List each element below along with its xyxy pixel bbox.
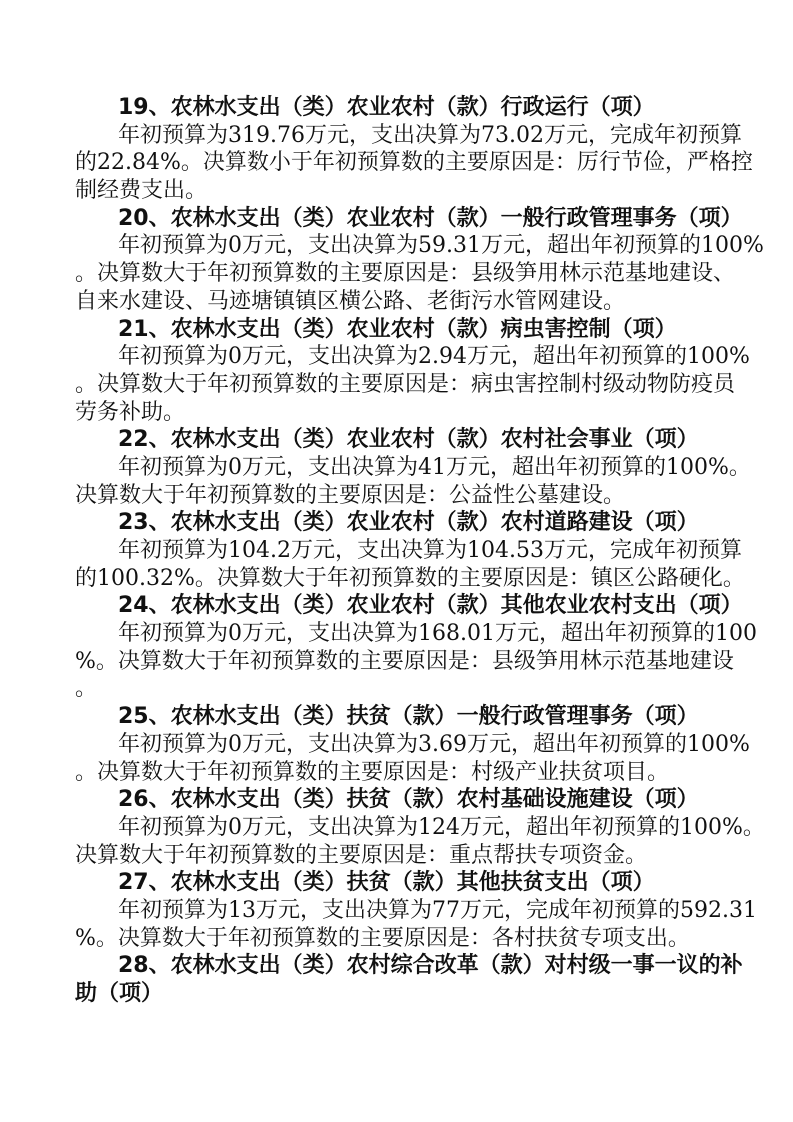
document-page: 19、农林水支出（类）农业农村（款）行政运行（项） 年初预算为319.76万元，…	[75, 94, 719, 1008]
section-heading-21: 21、农林水支出（类）农业农村（款）病虫害控制（项）	[75, 316, 719, 344]
section-body-line: 。决算数大于年初预算数的主要原因是：病虫害控制村级动物防疫员	[75, 371, 719, 399]
section-heading-28-continued: 助（项）	[75, 980, 719, 1008]
section-body-line: 。决算数大于年初预算数的主要原因是：县级笋用林示范基地建设、	[75, 260, 719, 288]
section-body-line: 年初预算为104.2万元，支出决算为104.53万元，完成年初预算	[75, 537, 719, 565]
section-heading-22: 22、农林水支出（类）农业农村（款）农村社会事业（项）	[75, 426, 719, 454]
section-body-line: 的100.32%。决算数大于年初预算数的主要原因是：镇区公路硬化。	[75, 565, 719, 593]
section-heading-23: 23、农林水支出（类）农业农村（款）农村道路建设（项）	[75, 509, 719, 537]
section-heading-19: 19、农林水支出（类）农业农村（款）行政运行（项）	[75, 94, 719, 122]
section-body-line: 。决算数大于年初预算数的主要原因是：村级产业扶贫项目。	[75, 759, 719, 787]
section-body-line: %。决算数大于年初预算数的主要原因是：各村扶贫专项支出。	[75, 925, 719, 953]
section-heading-28: 28、农林水支出（类）农村综合改革（款）对村级一事一议的补	[75, 952, 719, 980]
section-body-line: 劳务补助。	[75, 399, 719, 427]
section-body-line: 年初预算为0万元，支出决算为2.94万元，超出年初预算的100%	[75, 343, 719, 371]
section-body-line: 年初预算为0万元，支出决算为168.01万元，超出年初预算的100	[75, 620, 719, 648]
section-heading-26: 26、农林水支出（类）扶贫（款）农村基础设施建设（项）	[75, 786, 719, 814]
section-body-line: 。	[75, 675, 719, 703]
section-heading-24: 24、农林水支出（类）农业农村（款）其他农业农村支出（项）	[75, 592, 719, 620]
section-body-line: 年初预算为13万元，支出决算为77万元，完成年初预算的592.31	[75, 897, 719, 925]
section-body-line: 年初预算为0万元，支出决算为59.31万元，超出年初预算的100%	[75, 232, 719, 260]
section-body-line: %。决算数大于年初预算数的主要原因是：县级笋用林示范基地建设	[75, 648, 719, 676]
section-heading-20: 20、农林水支出（类）农业农村（款）一般行政管理事务（项）	[75, 205, 719, 233]
section-heading-25: 25、农林水支出（类）扶贫（款）一般行政管理事务（项）	[75, 703, 719, 731]
section-body-line: 自来水建设、马迹塘镇镇区横公路、老街污水管网建设。	[75, 288, 719, 316]
section-body-line: 年初预算为0万元，支出决算为41万元，超出年初预算的100%。	[75, 454, 719, 482]
section-heading-27: 27、农林水支出（类）扶贫（款）其他扶贫支出（项）	[75, 869, 719, 897]
section-body-line: 的22.84%。决算数小于年初预算数的主要原因是：厉行节俭，严格控	[75, 149, 719, 177]
section-body-line: 年初预算为0万元，支出决算为3.69万元，超出年初预算的100%	[75, 731, 719, 759]
section-body-line: 年初预算为319.76万元，支出决算为73.02万元，完成年初预算	[75, 122, 719, 150]
section-body-line: 决算数大于年初预算数的主要原因是：公益性公墓建设。	[75, 482, 719, 510]
section-body-line: 制经费支出。	[75, 177, 719, 205]
section-body-line: 决算数大于年初预算数的主要原因是：重点帮扶专项资金。	[75, 842, 719, 870]
section-body-line: 年初预算为0万元，支出决算为124万元，超出年初预算的100%。	[75, 814, 719, 842]
